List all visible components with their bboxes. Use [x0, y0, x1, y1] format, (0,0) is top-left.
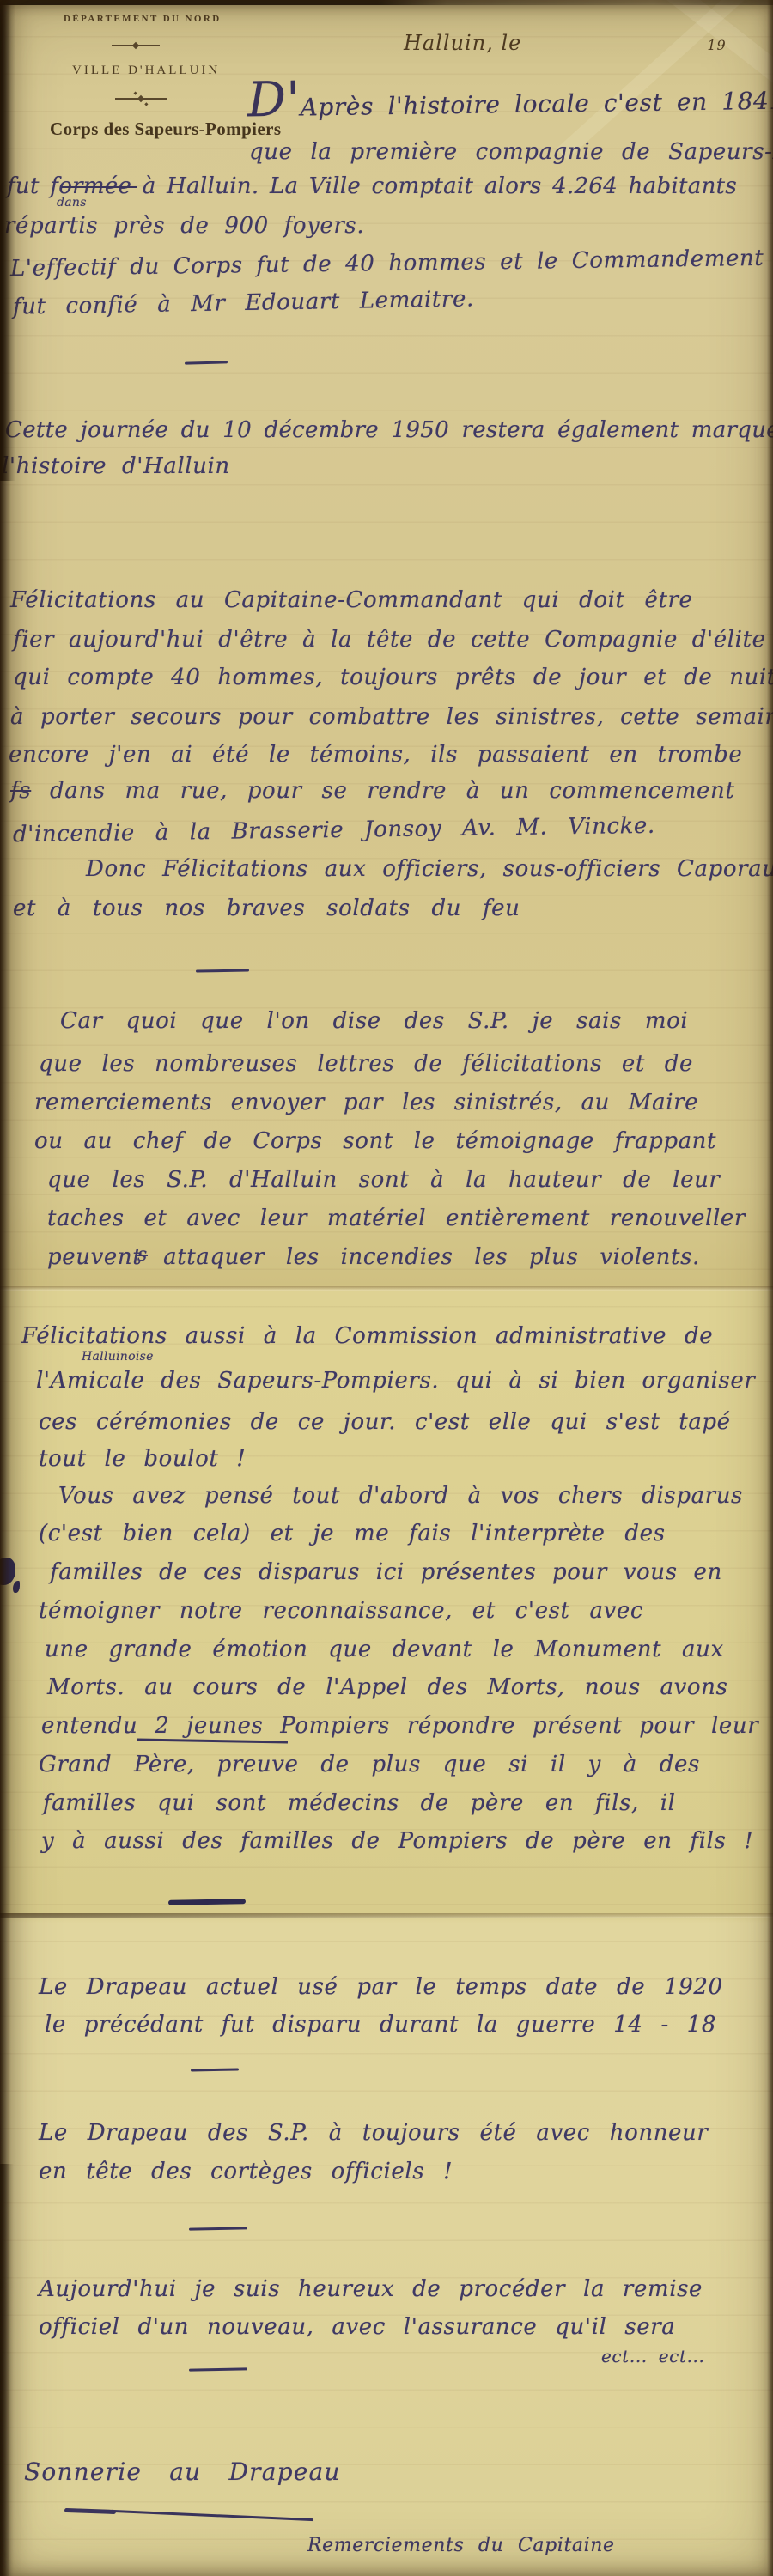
handwritten-line: remerciements envoyer par les sinistrés,…	[34, 1090, 698, 1115]
handwritten-line: familles de ces disparus ici présentes p…	[50, 1559, 722, 1585]
handwritten-line: D'Après l'histoire locale c'est en 1841	[247, 81, 773, 123]
handwritten-line: Vous avez pensé tout d'abord à vos chers…	[58, 1483, 743, 1509]
handwritten-line: et à tous nos braves soldats du feu	[13, 896, 520, 921]
section-divider	[168, 1899, 246, 1905]
handwritten-line: encore j'en ai été le témoins, ils passa…	[9, 742, 742, 768]
underline-mark	[112, 2510, 313, 2521]
section-divider	[189, 2227, 247, 2230]
handwritten-line: tout le boulot !	[39, 1446, 246, 1472]
handwritten-line: dans ma rue, pour se rendre à un commenc…	[50, 778, 734, 804]
inserted-word: Halluinoise	[82, 1350, 154, 1364]
handwritten-line: familles qui sont médecins de père en fi…	[43, 1790, 676, 1816]
dateline: Halluin, le19	[404, 31, 727, 55]
strikethrough-mark	[62, 186, 137, 188]
letterhead-ornament	[115, 98, 167, 100]
document-photo: DÉPARTEMENT DU NORD VILLE D'HALLUIN Corp…	[0, 0, 773, 2576]
handwritten-line: ect... ect...	[601, 2346, 704, 2366]
handwritten-line: Aujourd'hui je suis heureux de procéder …	[39, 2276, 703, 2302]
handwritten-line: le précédant fut disparu durant la guerr…	[45, 2012, 716, 2038]
handwritten-line: Donc Félicitations aux officiers, sous-o…	[86, 856, 773, 882]
photo-edge-top	[0, 0, 773, 5]
inserted-word: dans	[57, 196, 87, 210]
photo-edge-right	[767, 0, 773, 2576]
struck-word: fs	[10, 778, 31, 804]
handwritten-line: qui compte 40 hommes, toujours prêts de …	[13, 665, 773, 690]
handwritten-line: d'incendie à la Brasserie Jonsoy Av. M. …	[13, 813, 655, 848]
handwritten-line: Le Drapeau actuel usé par le temps date …	[39, 1974, 723, 2000]
handwritten-line: Grand Père, preuve de plus que si il y à…	[39, 1752, 700, 1777]
handwritten-line: l'Amicale des Sapeurs-Pompiers. qui à si…	[36, 1368, 755, 1394]
photo-edge-left-top	[0, 0, 15, 481]
letterhead-department: DÉPARTEMENT DU NORD	[64, 14, 222, 24]
fold-mark	[557, 0, 773, 160]
handwritten-line: entendu 2 jeunes Pompiers répondre prése…	[41, 1713, 758, 1739]
handwritten-line: L'effectif du Corps fut de 40 hommes et …	[10, 246, 764, 282]
handwritten-line: Remerciements du Capitaine	[307, 2535, 615, 2556]
photo-edge-left	[0, 0, 11, 2576]
section-divider	[191, 2069, 239, 2071]
handwritten-line: témoigner notre reconnaissance, et c'est…	[39, 1598, 643, 1624]
handwritten-line: Sonnerie au Drapeau	[24, 2458, 341, 2486]
handwritten-line: ces cérémonies de ce jour. c'est elle qu…	[39, 1409, 731, 1435]
paper-crease	[0, 1286, 773, 1291]
handwritten-line: Félicitations aussi à la Commission admi…	[21, 1323, 713, 1349]
handwritten-line: fier aujourd'hui d'être à la tête de cet…	[13, 627, 766, 653]
underline-mark	[64, 2508, 116, 2514]
handwritten-line: y à aussi des familles de Pompiers de pè…	[41, 1828, 753, 1854]
letterhead-corps-title: Corps des Sapeurs-Pompiers	[50, 118, 281, 140]
handwritten-line: que la première compagnie de Sapeurs-Pom…	[249, 139, 773, 165]
handwritten-line: ou au chef de Corps sont le témoignage f…	[34, 1128, 716, 1154]
handwritten-line: (c'est bien cela) et je me fais l'interp…	[39, 1521, 666, 1546]
handwritten-line: Morts. au cours de l'Appel des Morts, no…	[47, 1674, 727, 1700]
handwritten-line: à porter secours pour combattre les sini…	[10, 704, 773, 730]
dateline-place: Halluin, le	[404, 31, 521, 55]
letterhead-city: VILLE D'HALLUIN	[72, 64, 220, 78]
handwritten-line: que les S.P. d'Halluin sont à la hauteur…	[47, 1167, 720, 1193]
handwritten-line: peuvent attaquer les incendies les plus …	[47, 1244, 700, 1270]
handwritten-line: en tête des cortèges officiels !	[39, 2159, 453, 2184]
paper-crease	[0, 1913, 773, 1918]
handwritten-line: officiel d'un nouveau, avec l'assurance …	[39, 2314, 675, 2340]
handwritten-line: Cette journée du 10 décembre 1950 rester…	[5, 417, 773, 443]
handwritten-line: Félicitations au Capitaine-Commandant qu…	[10, 587, 693, 613]
section-divider	[185, 361, 228, 364]
dateline-year: 19	[707, 37, 726, 53]
dateline-rule	[526, 46, 705, 46]
handwritten-line: Le Drapeau des S.P. à toujours été avec …	[39, 2120, 708, 2146]
ink-blot	[0, 1558, 15, 1585]
handwritten-line: Car quoi que l'on dise des S.P. je sais …	[60, 1008, 688, 1034]
handwritten-line: l'histoire d'Halluin	[2, 453, 230, 479]
underline-mark	[137, 1738, 288, 1743]
handwritten-line: répartis près de 900 foyers.	[4, 213, 364, 239]
handwritten-line: une grande émotion que devant le Monumen…	[45, 1637, 724, 1662]
section-divider	[189, 2367, 247, 2371]
photo-edge-left-bottom	[0, 2164, 14, 2576]
handwritten-line: fut confié à Mr Edouart Lemaitre.	[13, 286, 474, 319]
handwritten-line: taches et avec leur matériel entièrement…	[47, 1206, 746, 1231]
handwritten-line: que les nombreuses lettres de félicitati…	[39, 1051, 693, 1077]
section-divider	[196, 969, 249, 972]
letterhead-ornament	[112, 45, 160, 46]
